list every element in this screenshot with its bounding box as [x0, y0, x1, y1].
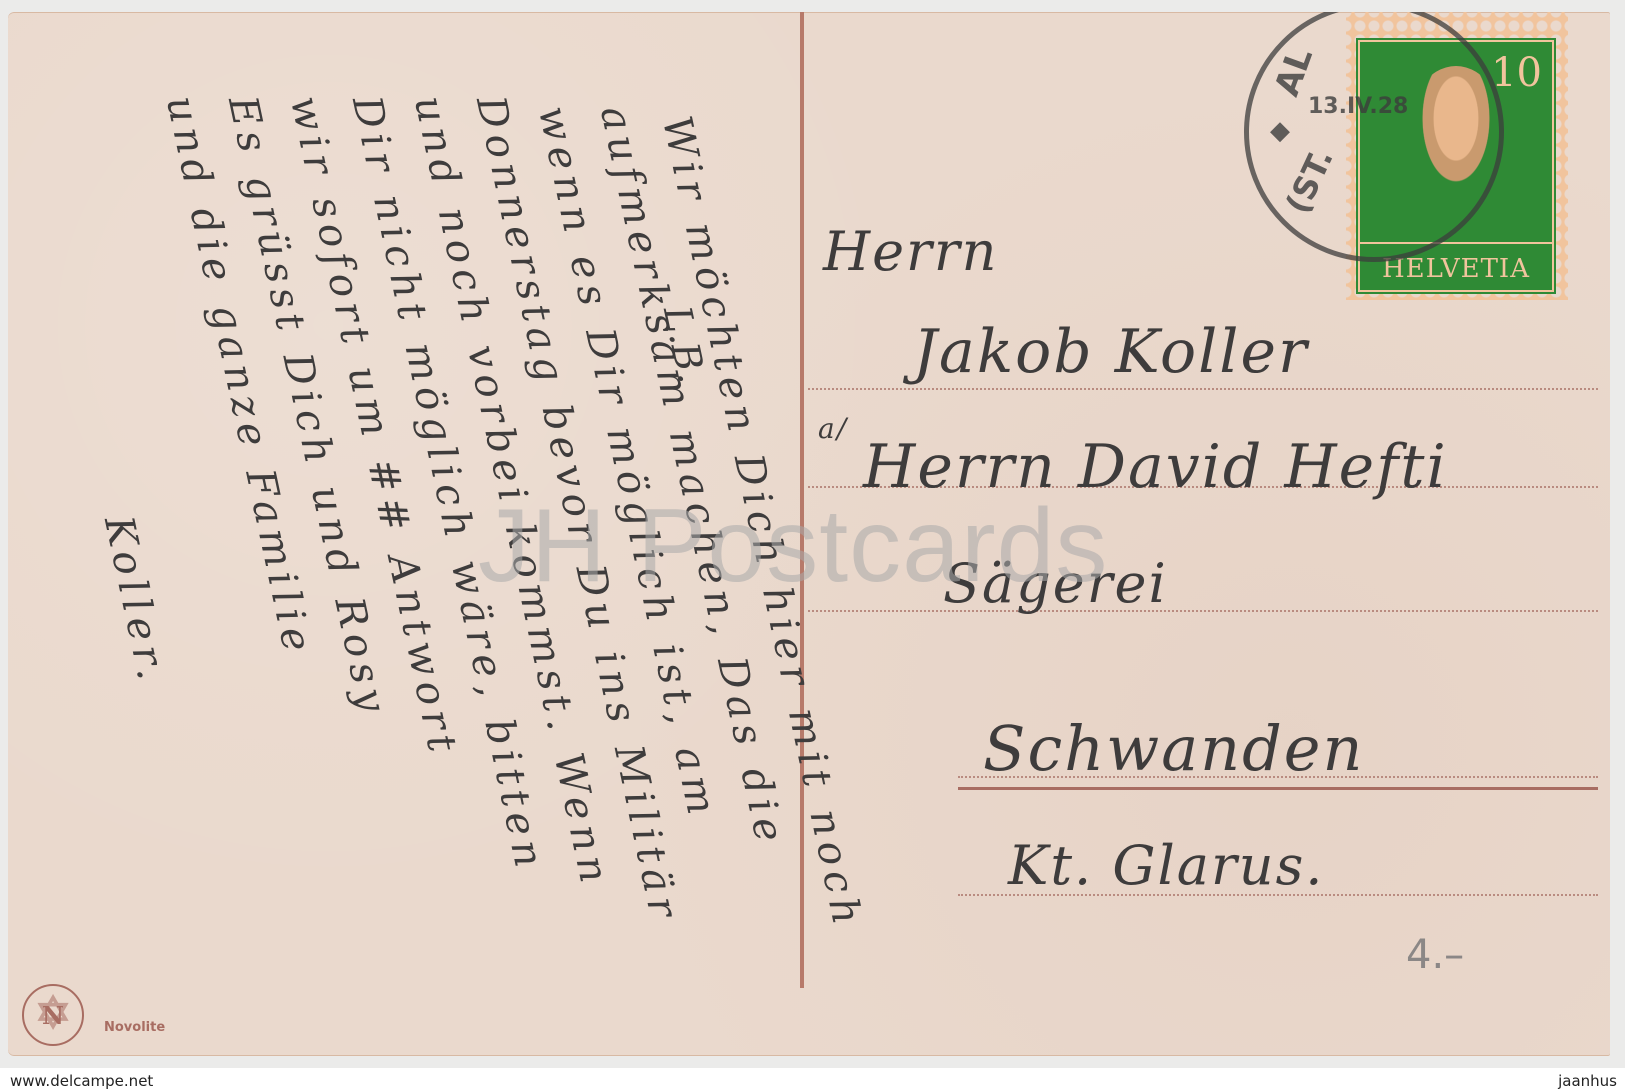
postmark-star-icon: ◆ [1270, 116, 1290, 146]
address-salutation: Herrn [823, 220, 998, 283]
address-town: Schwanden [983, 712, 1364, 785]
postcard-back: Herrn Jakob Koller a/ Herrn David Hefti … [8, 12, 1610, 1056]
postmark-date: 13.IV.28 [1308, 94, 1408, 119]
pencil-price-note: 4.– [1406, 932, 1464, 978]
message-signature: Koller. [95, 512, 176, 689]
publisher-logo: ✡ N [22, 984, 84, 1046]
publisher-name: Novolite [104, 1020, 165, 1035]
address-recipient: Jakob Koller [913, 317, 1309, 387]
seller-name-label: jaanhus [1558, 1072, 1617, 1090]
address-rule-solid [958, 787, 1598, 790]
address-rule-3 [808, 610, 1598, 612]
stamp-value: 10 [1491, 50, 1542, 96]
watermark: JH Postcards [478, 487, 1108, 606]
source-site-label: www.delcampe.net [10, 1072, 153, 1090]
address-canton: Kt. Glarus. [1008, 834, 1324, 897]
address-care-of: a/ [818, 412, 848, 445]
star-icon: ✡ [30, 992, 76, 1038]
address-rule-1 [808, 388, 1598, 390]
